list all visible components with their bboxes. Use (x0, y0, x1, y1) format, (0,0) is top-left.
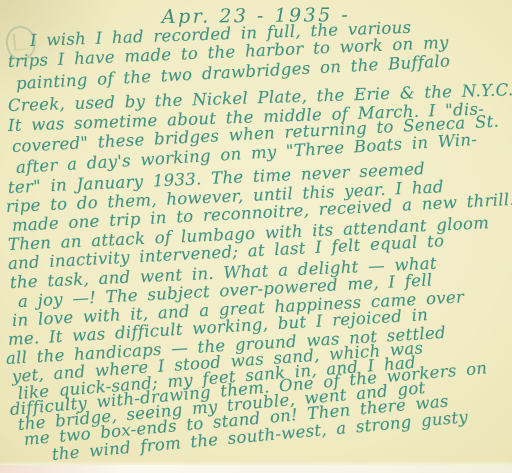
journal-text: I wish I had recorded in full, the vario… (0, 31, 512, 464)
page-bottom-edge (0, 465, 512, 473)
journal-page: Apr. 23 - 1935 - I wish I had recorded i… (0, 0, 512, 473)
